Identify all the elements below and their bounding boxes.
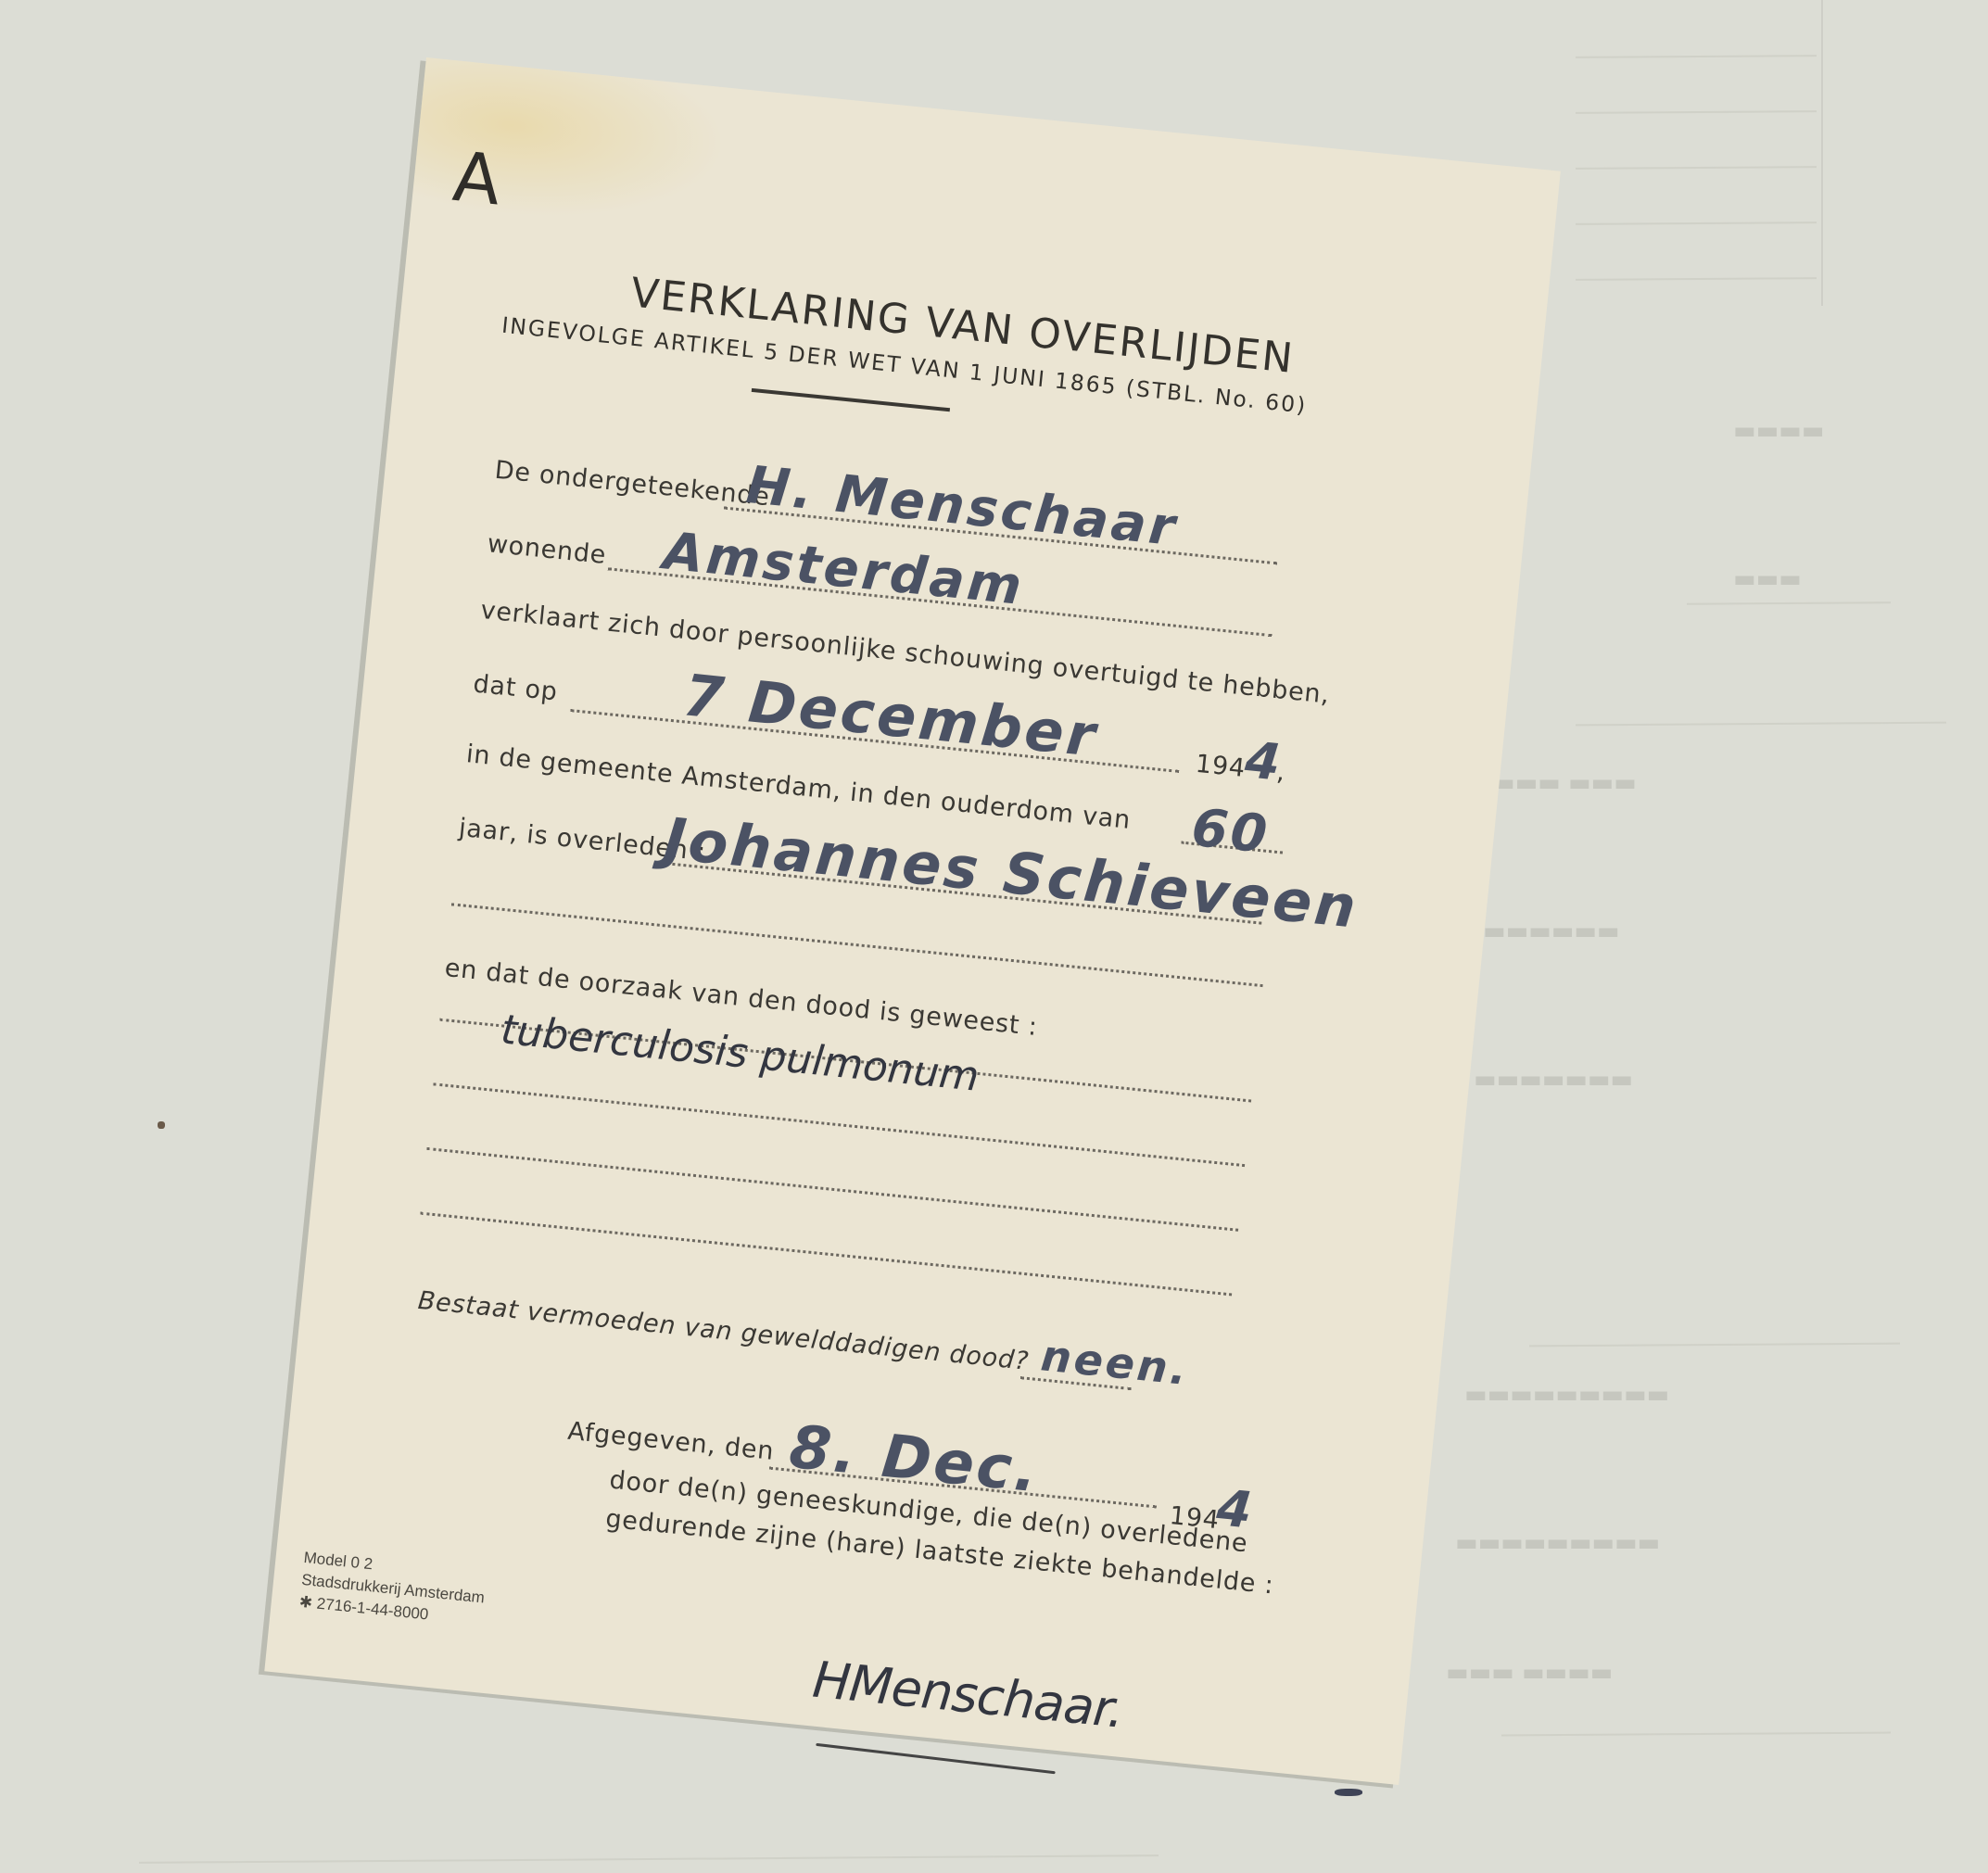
violent-death-label: Bestaat vermoeden van gewelddadigen dood… [416, 1286, 1030, 1376]
title-divider [752, 388, 950, 411]
issued-label: Afgegeven, den [566, 1417, 775, 1466]
background-line [1576, 277, 1817, 281]
violent-death-value[interactable]: neen. [1039, 1330, 1192, 1395]
background-line [1576, 722, 1946, 727]
death-declaration-card: A VERKLARING VAN OVERLIJDEN INGEVOLGE AR… [264, 57, 1561, 1785]
background-text-fragment: ▬▬▬▬▬▬▬ [1474, 1066, 1633, 1094]
cause-dotted-line-4 [420, 1212, 1232, 1297]
date-label: dat op [472, 670, 559, 707]
background-text-fragment: ▬▬▬ [1733, 565, 1802, 593]
cause-dotted-line-2 [433, 1082, 1245, 1167]
background-line [1576, 166, 1817, 170]
ink-speck [1335, 1789, 1362, 1796]
background-line [1529, 1343, 1900, 1348]
form-letter: A [450, 143, 504, 216]
background-text-fragment: ▬▬▬▬▬▬▬▬▬ [1455, 1529, 1660, 1557]
cause-dotted-line-3 [426, 1147, 1238, 1232]
background-text-fragment: ▬▬▬▬▬▬ [1483, 918, 1619, 945]
ink-speck [158, 1121, 165, 1129]
background-line [1501, 1732, 1891, 1737]
physician-signature[interactable]: HMenschaar. [810, 1651, 1126, 1740]
background-line [1687, 601, 1891, 605]
age-value[interactable]: 60 [1189, 798, 1273, 866]
background-text-fragment: ▬▬▬▬▬▬▬▬▬ [1464, 1381, 1669, 1409]
background-column-rule [1821, 0, 1823, 306]
year-prefix: 194 [1195, 750, 1247, 783]
background-text-fragment: ▬▬▬ ▬▬▬▬ [1446, 1659, 1613, 1687]
residence-label: wonende [486, 529, 607, 570]
background-line [1576, 55, 1817, 58]
undersigned-label: De ondergeteekende [493, 456, 771, 513]
background-line [1576, 110, 1817, 114]
background-text-fragment: ▬▬▬▬ [1733, 417, 1824, 445]
printer-info: Model 0 2 Stadsdrukkerij Amsterdam ✱ 271… [298, 1547, 488, 1631]
background-text-fragment: ▬▬▬ ▬▬▬ [1492, 769, 1637, 797]
background-line [1576, 221, 1817, 225]
background-line [139, 1854, 1159, 1864]
year-comma: , [1275, 758, 1286, 788]
